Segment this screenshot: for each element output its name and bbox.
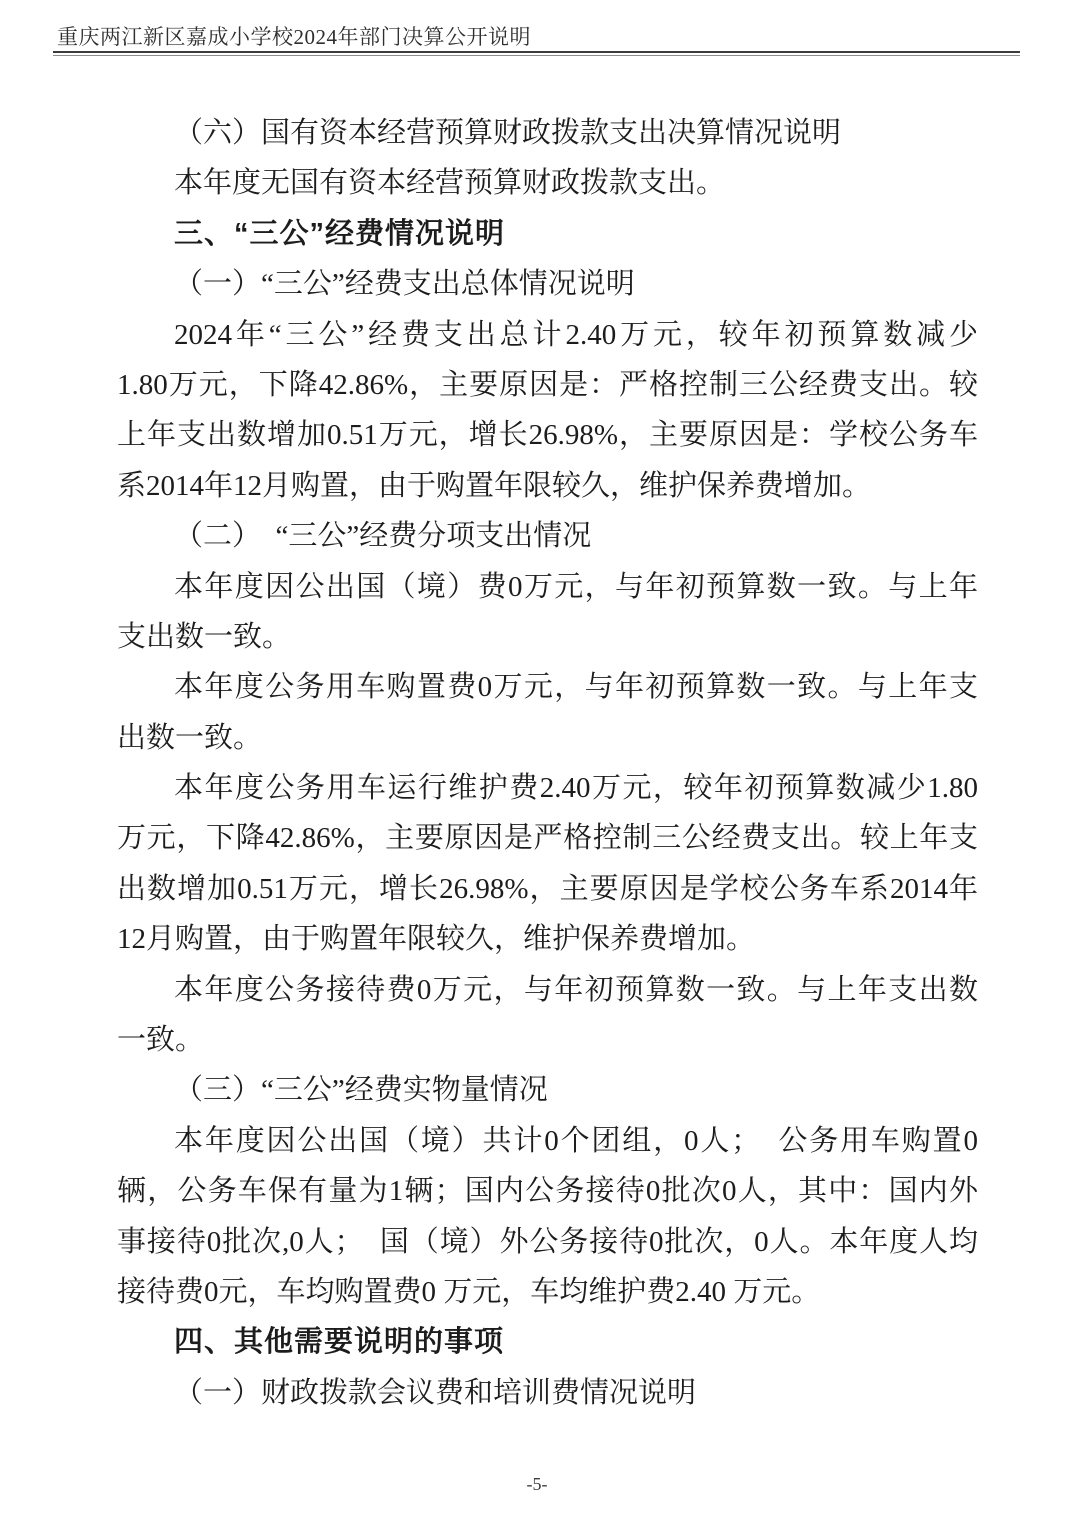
paragraph-line: 上年支出数增加0.51万元，增长26.98%，主要原因是：学校公务车 — [117, 410, 978, 460]
subsection-heading: （一）“三公”经费支出总体情况说明 — [117, 259, 978, 309]
paragraph-line: 本年度因公出国（境）共计0个团组，0人； 公务用车购置0 — [117, 1116, 978, 1166]
paragraph-line: 1.80万元，下降42.86%，主要原因是：严格控制三公经费支出。较 — [117, 360, 978, 410]
paragraph-line: 一致。 — [117, 1015, 978, 1065]
paragraph-line: 本年度公务用车运行维护费2.40万元，较年初预算数减少1.80 — [117, 763, 978, 813]
paragraph-line: 本年度公务接待费0万元，与年初预算数一致。与上年支出数 — [117, 965, 978, 1015]
paragraph-line: 本年度公务用车购置费0万元，与年初预算数一致。与上年支 — [117, 662, 978, 712]
section-heading: 三、“三公”经费情况说明 — [117, 209, 978, 259]
paragraph-line: 本年度无国有资本经营预算财政拨款支出。 — [117, 158, 978, 208]
subsection-heading: （一）财政拨款会议费和培训费情况说明 — [117, 1368, 978, 1418]
paragraph-line: 辆，公务车保有量为1辆；国内公务接待0批次0人，其中：国内外 — [117, 1166, 978, 1216]
document-body: （六）国有资本经营预算财政拨款支出决算情况说明 本年度无国有资本经营预算财政拨款… — [117, 108, 978, 1418]
page-number: -5- — [0, 1474, 1074, 1495]
paragraph-line: 12月购置，由于购置年限较久，维护保养费增加。 — [117, 914, 978, 964]
subsection-heading: （二） “三公”经费分项支出情况 — [117, 511, 978, 561]
paragraph-line: 2024年“三公”经费支出总计2.40万元，较年初预算数减少 — [117, 310, 978, 360]
paragraph-line: 本年度因公出国（境）费0万元，与年初预算数一致。与上年 — [117, 562, 978, 612]
header-divider-rule — [53, 51, 1020, 56]
document-header-title: 重庆两江新区嘉成小学校2024年部门决算公开说明 — [57, 24, 531, 50]
document-page: 重庆两江新区嘉成小学校2024年部门决算公开说明 （六）国有资本经营预算财政拨款… — [0, 0, 1074, 1520]
paragraph-line: 出数一致。 — [117, 713, 978, 763]
paragraph-line: 接待费0元，车均购置费0 万元，车均维护费2.40 万元。 — [117, 1267, 978, 1317]
paragraph-line: 出数增加0.51万元，增长26.98%，主要原因是学校公务车系2014年 — [117, 864, 978, 914]
paragraph-line: 事接待0批次,0人； 国（境）外公务接待0批次，0人。本年度人均 — [117, 1217, 978, 1267]
subsection-heading: （六）国有资本经营预算财政拨款支出决算情况说明 — [117, 108, 978, 158]
paragraph-line: 系2014年12月购置，由于购置年限较久，维护保养费增加。 — [117, 461, 978, 511]
section-heading: 四、其他需要说明的事项 — [117, 1317, 978, 1367]
paragraph-line: 支出数一致。 — [117, 612, 978, 662]
paragraph-line: 万元，下降42.86%，主要原因是严格控制三公经费支出。较上年支 — [117, 813, 978, 863]
subsection-heading: （三）“三公”经费实物量情况 — [117, 1065, 978, 1115]
